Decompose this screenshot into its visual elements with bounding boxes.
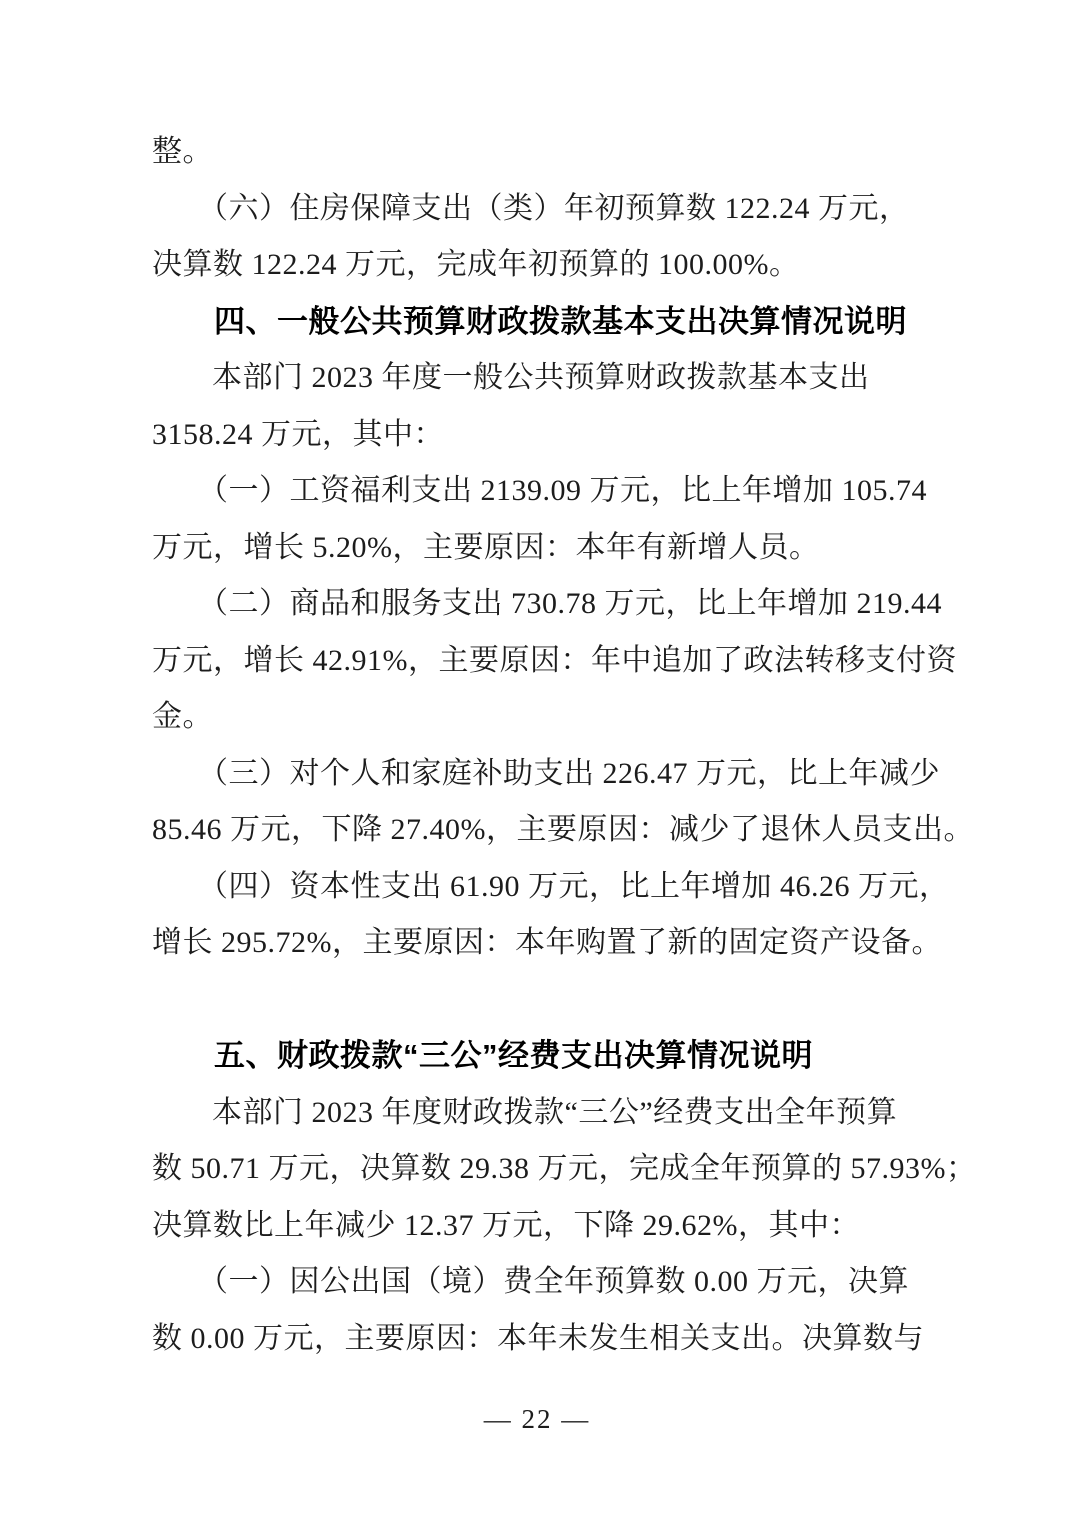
text-line: （六）住房保障支出（类）年初预算数 122.24 万元，: [152, 181, 942, 238]
text-line: 金。: [152, 689, 942, 746]
text-line: [152, 972, 942, 1029]
text-line: （三）对个人和家庭补助支出 226.47 万元，比上年减少: [152, 746, 942, 803]
text-line: 3158.24 万元，其中：: [152, 407, 942, 464]
text-line: （四）资本性支出 61.90 万元，比上年增加 46.26 万元，: [152, 859, 942, 916]
text-line: 数 50.71 万元，决算数 29.38 万元，完成全年预算的 57.93%；: [152, 1141, 942, 1198]
document-page: 整。（六）住房保障支出（类）年初预算数 122.24 万元，决算数 122.24…: [0, 0, 1074, 1520]
section-heading: 四、一般公共预算财政拨款基本支出决算情况说明: [152, 294, 942, 351]
section-heading: 五、财政拨款“三公”经费支出决算情况说明: [152, 1028, 942, 1085]
text-line: 万元，增长 42.91%，主要原因：年中追加了政法转移支付资: [152, 633, 942, 690]
text-line: 85.46 万元，下降 27.40%，主要原因：减少了退休人员支出。: [152, 802, 942, 859]
text-line: 本部门 2023 年度财政拨款“三公”经费支出全年预算: [152, 1085, 942, 1142]
text-line: 决算数 122.24 万元，完成年初预算的 100.00%。: [152, 237, 942, 294]
document-body: 整。（六）住房保障支出（类）年初预算数 122.24 万元，决算数 122.24…: [152, 124, 942, 1367]
text-line: 数 0.00 万元，主要原因：本年未发生相关支出。决算数与: [152, 1311, 942, 1368]
text-line: 万元，增长 5.20%，主要原因：本年有新增人员。: [152, 520, 942, 577]
text-line: 本部门 2023 年度一般公共预算财政拨款基本支出: [152, 350, 942, 407]
text-line: （二）商品和服务支出 730.78 万元，比上年增加 219.44: [152, 576, 942, 633]
text-line: 增长 295.72%，主要原因：本年购置了新的固定资产设备。: [152, 915, 942, 972]
text-line: （一）因公出国（境）费全年预算数 0.00 万元，决算: [152, 1254, 942, 1311]
page-number: — 22 —: [0, 1404, 1074, 1435]
text-line: 整。: [152, 124, 942, 181]
text-line: 决算数比上年减少 12.37 万元，下降 29.62%，其中：: [152, 1198, 942, 1255]
text-line: （一）工资福利支出 2139.09 万元，比上年增加 105.74: [152, 463, 942, 520]
